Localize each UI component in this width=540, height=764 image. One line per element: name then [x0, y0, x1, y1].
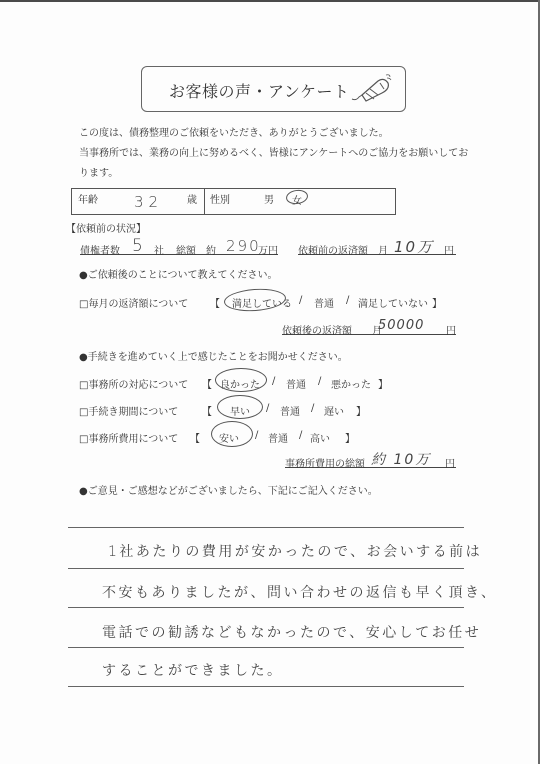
before-heading: 【依頼前の状況】: [66, 220, 146, 235]
process-heading: ●手続きを進めていく上で感じたことをお聞かせください。: [79, 348, 348, 363]
fee-total-line: 事務所費用の総額 約 10万 円: [285, 451, 456, 468]
bracket-open: 【: [202, 403, 212, 418]
gender-option-male[interactable]: 男: [264, 191, 274, 206]
page-title: お客様の声・アンケート: [169, 79, 350, 102]
comment-line-3[interactable]: 電話での勧誘などもなかったので、安心してお任せ: [102, 622, 481, 642]
separator: /: [255, 430, 258, 441]
title-box: お客様の声・アンケート: [141, 66, 406, 112]
bracket-open: 【: [210, 295, 220, 310]
bracket-close: 】: [432, 295, 442, 310]
q-fee-option-normal[interactable]: 普通: [268, 430, 288, 445]
bracket-open: 【: [202, 376, 212, 391]
monthly-before-unit: 円: [444, 242, 454, 257]
bracket-close: 】: [356, 403, 366, 418]
fee-total-label: 事務所費用の総額: [285, 455, 365, 470]
ruled-line: [68, 607, 464, 608]
q-office-label: □事務所の対応について: [79, 376, 188, 391]
separator: /: [299, 430, 302, 441]
gender-label: 性別: [210, 191, 230, 206]
ruled-line: [68, 568, 464, 569]
monthly-before-label: 依頼前の返済額 月: [298, 242, 388, 257]
separator: /: [299, 295, 302, 306]
separator: /: [318, 376, 321, 387]
monthly-after-label: 依頼後の返済額 月: [282, 322, 382, 337]
bracket-close: 】: [345, 430, 355, 445]
q-monthly-option-normal[interactable]: 普通: [314, 295, 334, 310]
age-unit: 歳: [187, 191, 197, 206]
table-divider: [204, 189, 205, 214]
bracket-open: 【: [190, 430, 200, 445]
monthly-before-value[interactable]: 10万: [394, 236, 434, 257]
creditors-value[interactable]: 5: [132, 236, 143, 256]
separator: /: [311, 403, 314, 414]
comment-line-1[interactable]: 1社あたりの費用が安かったので、お会いする前は: [108, 541, 482, 561]
q-monthly-option-unsatisfied[interactable]: 満足していない: [358, 295, 428, 310]
selection-circle: [217, 395, 263, 419]
age-label: 年齢: [78, 191, 98, 206]
selection-circle: [211, 421, 253, 447]
comment-line-4[interactable]: することができました。: [102, 660, 284, 680]
pencil-icon: [350, 73, 396, 107]
creditors-unit: 社: [154, 242, 164, 257]
selection-circle: [285, 189, 309, 206]
q-period-option-normal[interactable]: 普通: [280, 403, 300, 418]
age-value[interactable]: 32: [134, 193, 163, 211]
ruled-line: [68, 527, 464, 528]
separator: /: [266, 403, 269, 414]
q-office-option-normal[interactable]: 普通: [286, 376, 306, 391]
comments-heading: ●ご意見・ご感想などがございましたら、下記にご記入ください。: [79, 482, 378, 497]
intro-line-1: この度は、債務整理のご依頼をいただき、ありがとうございました。: [79, 124, 389, 144]
q-fee-option-expensive[interactable]: 高い: [310, 430, 330, 445]
q-office-option-bad[interactable]: 悪かった: [331, 376, 371, 391]
debt-summary-line: 債権者数 5 社 総額 約 290 万円: [80, 238, 278, 255]
monthly-after-line: 依頼後の返済額 月 50000 円: [282, 318, 456, 335]
separator: /: [272, 376, 275, 387]
after-heading: ●ご依頼後のことについて教えてください。: [79, 266, 278, 281]
creditors-label: 債権者数: [80, 242, 120, 257]
profile-table: 年齢 32 歳 性別 男 女: [71, 188, 396, 215]
total-label: 総額 約: [176, 242, 216, 257]
q-fee-label: □事務所費用について: [79, 430, 178, 445]
total-unit: 万円: [258, 242, 278, 257]
q-period-option-slow[interactable]: 遅い: [324, 403, 344, 418]
ruled-line: [68, 686, 464, 687]
intro-line-2: 当事務所では、業務の向上に努めるべく、皆様にアンケートへのご協力をお願いしてお: [79, 144, 468, 164]
separator: /: [346, 295, 349, 306]
comment-line-2[interactable]: 不安もありましたが、問い合わせの返信も早く頂き、: [102, 582, 497, 602]
fee-total-unit: 円: [445, 455, 455, 470]
fee-total-value[interactable]: 約 10万: [371, 449, 431, 469]
q-monthly-label: □毎月の返済額について: [79, 295, 188, 310]
selection-circle: [215, 368, 267, 392]
total-value[interactable]: 290: [226, 237, 261, 255]
monthly-before-line: 依頼前の返済額 月 10万 円: [298, 238, 456, 255]
monthly-after-unit: 円: [446, 322, 456, 337]
monthly-after-value[interactable]: 50000: [378, 318, 424, 333]
q-period-label: □手続き期間について: [79, 403, 178, 418]
bracket-close: 】: [378, 376, 388, 391]
ruled-line: [68, 647, 464, 648]
intro-line-3: ります。: [79, 164, 118, 184]
page-top-border: [0, 0, 540, 2]
